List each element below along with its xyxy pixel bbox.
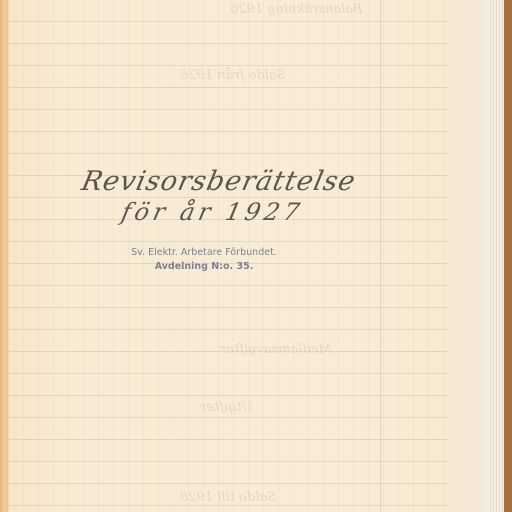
book-cover-edge (504, 0, 512, 512)
handwritten-title: Revisorsberättelse (79, 166, 359, 197)
bleed-through-text: Saldo till 1928 (180, 490, 276, 505)
bleed-through-text: Balansräkning 1926 (230, 2, 363, 17)
handwritten-year: för år 1927 (119, 198, 306, 226)
column-divider (380, 0, 381, 512)
stamp-line-2: Avdelning N:o. 35. (124, 260, 284, 274)
right-margin (448, 0, 490, 512)
bleed-through-text: Utgifter (200, 400, 253, 415)
binding-edge (0, 0, 9, 512)
bleed-through-text: Medlemsavgifter (220, 342, 332, 357)
union-stamp: Sv. Elektr. Arbetare Förbundet. Avdelnin… (124, 246, 284, 274)
stamp-line-1: Sv. Elektr. Arbetare Förbundet. (124, 246, 284, 260)
ledger-page: Balansräkning 1926 Saldo från 1926 Medle… (0, 0, 504, 512)
bleed-through-text: Saldo från 1926 (180, 68, 285, 83)
page-edges (488, 0, 504, 512)
